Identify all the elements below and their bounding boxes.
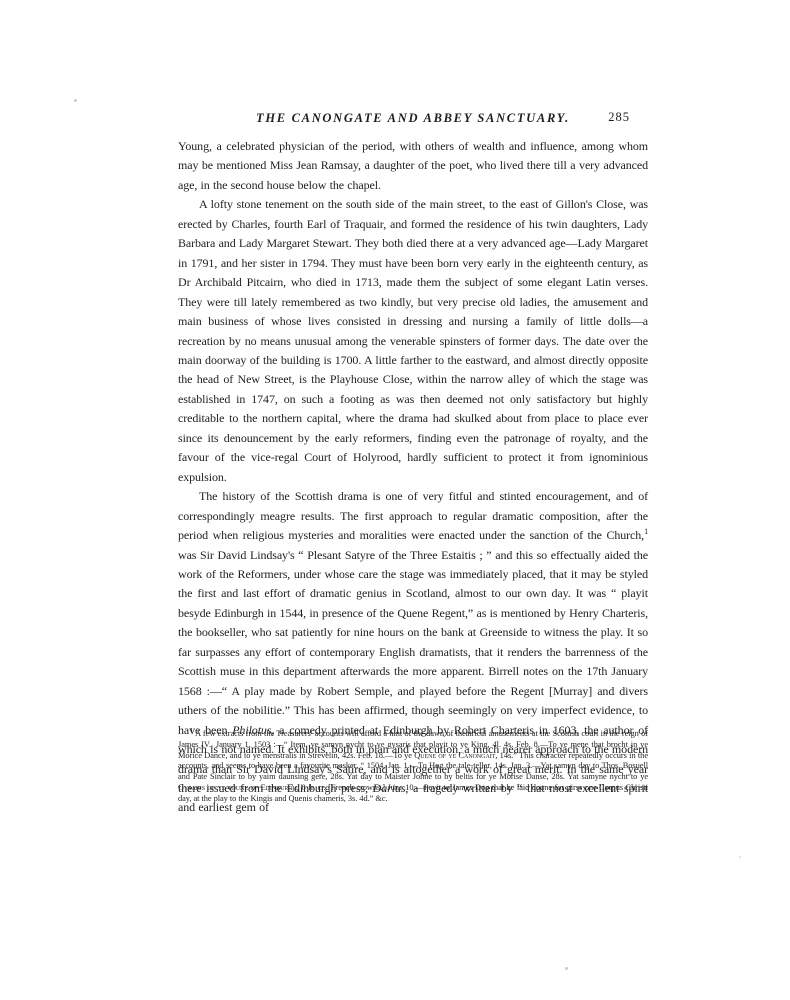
paragraph-tenement: A lofty stone tenement on the south side… xyxy=(178,195,648,487)
page-header: THE CANONGATE AND ABBEY SANCTUARY.285 xyxy=(178,109,648,127)
paragraph-continuation: Young, a celebrated physician of the per… xyxy=(178,137,648,195)
footnote-paragraph: 1 A few extracts from the Treasurers' ac… xyxy=(178,729,648,805)
body-text: Young, a celebrated physician of the per… xyxy=(178,137,648,818)
page-number: 285 xyxy=(608,110,630,125)
footnote-reference: 1 xyxy=(644,527,648,536)
paragraph-text: The history of the Scottish drama is one… xyxy=(178,489,648,542)
paragraph-text: was Sir David Lindsay's “ Plesant Satyre… xyxy=(178,548,648,737)
scan-speck xyxy=(565,967,568,970)
scan-speck xyxy=(74,99,77,102)
footnote-smallcaps-quene: Quene of ye Canongait xyxy=(414,751,495,760)
footnote-block: 1 A few extracts from the Treasurers' ac… xyxy=(178,729,648,805)
footnote-smallcaps-gysaris: Gysaris of ye toune of Edinburgh xyxy=(178,783,297,792)
scan-speck xyxy=(739,856,741,858)
chapter-running-title: THE CANONGATE AND ABBEY SANCTUARY. xyxy=(256,111,570,125)
